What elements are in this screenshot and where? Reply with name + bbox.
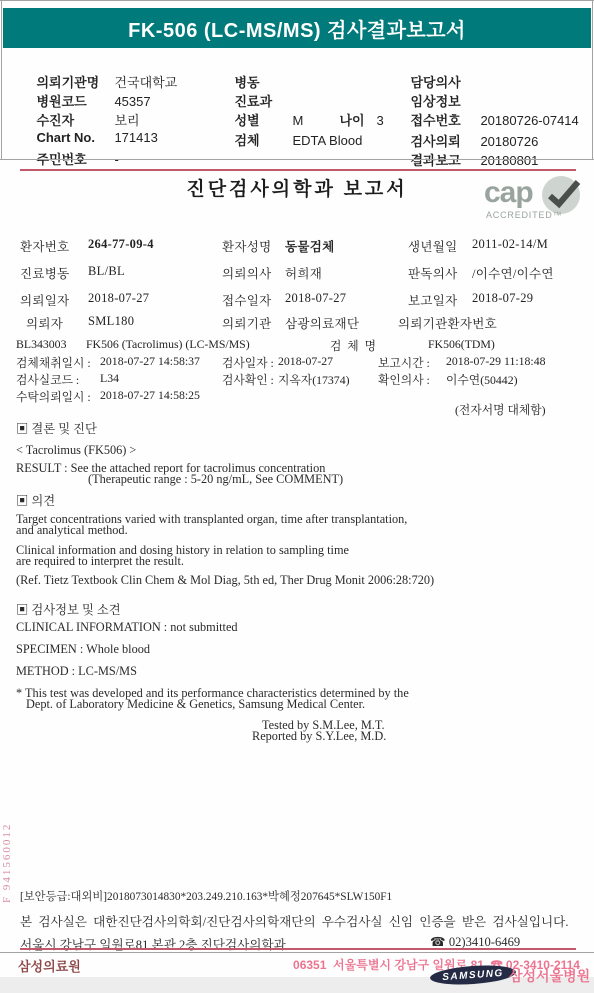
patient-field-label: 의뢰기관 <box>222 314 272 332</box>
reference-line: (Ref. Tietz Textbook Clin Chem & Mol Dia… <box>16 573 434 588</box>
disclaimer-text: Dept. of Laboratory Medicine & Genetics,… <box>26 697 365 712</box>
section-heading-test-info: ▣ 검사정보 및 소견 <box>16 600 121 618</box>
test-field-label: 검사실코드 : <box>16 371 79 388</box>
header-divider-line <box>0 159 594 160</box>
patient-field-label: 의뢰자 <box>26 314 63 332</box>
bottom-strip <box>0 977 594 993</box>
patient-field-label: 의뢰기관환자번호 <box>398 314 497 332</box>
patient-field-label: 보고일자 <box>408 291 458 309</box>
patient-row: 환자번호 264-77-09-4 환자성명 동물검체 생년월일 2011-02-… <box>0 237 594 257</box>
test-field-label: 확인의사 : <box>378 371 430 388</box>
patient-field-value: SML180 <box>88 314 134 329</box>
patient-field-value: 2018-07-29 <box>472 291 533 306</box>
field-value: 20180801 <box>480 153 538 168</box>
test-code: BL343003 <box>16 337 66 352</box>
margin-fax-code: F 941560012 <box>1 775 13 903</box>
patient-field-value: 허희재 <box>285 264 322 282</box>
test-field-value: 2018-07-27 14:58:37 <box>100 354 200 369</box>
test-detail-row: 검사실코드 : L34 검사확인 : 지옥자(17374) 확인의사 : 이수연… <box>0 371 594 388</box>
top-edge-line <box>0 0 594 1</box>
security-classification-line: [보안등급:대외비]2018073014830*203.249.210.163*… <box>20 888 392 904</box>
patient-field-value: 동물검체 <box>285 237 335 255</box>
cap-accredited-caption: ACCREDITED™ <box>486 210 562 220</box>
accreditation-statement: 본 검사실은 대한진단검사의학회/진단검사의학재단의 우수검사실 신임 인증을 … <box>20 911 568 930</box>
test-detail-row: 검체채취일시 : 2018-07-27 14:58:37 검사일자 : 2018… <box>0 354 594 371</box>
test-title-line: < Tacrolimus (FK506) > <box>16 443 136 458</box>
footer-divider-line <box>0 952 594 953</box>
specimen-name-value: FK506(TDM) <box>428 337 495 352</box>
test-field-label: 검체채취일시 : <box>16 354 91 371</box>
field-label: 검체 <box>234 130 292 149</box>
hospital-name: 삼성서울병원 <box>509 966 590 986</box>
field-specimen-type: 검체EDTA Blood <box>220 115 362 164</box>
patient-field-value: /이수연/이수연 <box>472 264 554 282</box>
test-field-label: 보고시간 : <box>378 354 430 371</box>
patient-field-value: BL/BL <box>88 264 125 279</box>
result-range-line: (Therapeutic range : 5-20 ng/mL, See COM… <box>88 472 343 487</box>
patient-field-label: 환자성명 <box>222 237 272 255</box>
test-field-value: 2018-07-27 <box>278 354 333 369</box>
patient-field-label: 접수일자 <box>222 291 272 309</box>
patient-field-value: 2018-07-27 <box>88 291 149 306</box>
reported-by-line: Reported by S.Y.Lee, M.D. <box>252 729 386 744</box>
test-field-value: L34 <box>100 371 119 386</box>
section-heading-conclusion: ▣ 결론 및 진단 <box>16 419 97 437</box>
left-edge-line <box>1 1 2 160</box>
field-value: 171413 <box>114 130 157 145</box>
title-rule-line <box>20 169 576 171</box>
test-field-label: 검사확인 : <box>222 371 274 388</box>
test-field-label: 수탁의뢰일시 : <box>16 388 91 405</box>
patient-field-label: 진료병동 <box>20 264 70 282</box>
test-field-value: 지옥자(17374) <box>278 371 350 388</box>
patient-field-label: 생년월일 <box>408 237 458 255</box>
method-line: METHOD : LC-MS/MS <box>16 664 137 679</box>
cap-logo-text: cap <box>484 178 533 208</box>
lab-report-page: FK-506 (LC-MS/MS) 검사결과보고서 의뢰기관명건국대학교 병원코… <box>0 0 594 993</box>
test-field-value: 2018-07-29 11:18:48 <box>446 354 546 369</box>
opinion-text: and analytical method. <box>16 523 128 538</box>
specimen-line: SPECIMEN : Whole blood <box>16 642 150 657</box>
section-heading-opinion: ▣ 의견 <box>16 491 55 509</box>
field-value: 3 <box>376 113 383 128</box>
patient-field-value: 2018-07-27 <box>285 291 346 306</box>
medical-center-name: 삼성의료원 <box>18 956 81 975</box>
patient-field-value: 2011-02-14/M <box>472 237 548 252</box>
specimen-name-label: 검 체 명 <box>330 337 376 354</box>
clinical-information-line: CLINICAL INFORMATION : not submitted <box>16 620 238 635</box>
field-value: EDTA Blood <box>292 133 362 148</box>
patient-row: 의뢰일자 2018-07-27 접수일자 2018-07-27 보고일자 201… <box>0 291 594 311</box>
right-edge-line <box>592 1 593 160</box>
opinion-text: are required to interpret the result. <box>16 554 184 569</box>
test-field-value: 2018-07-27 14:58:25 <box>100 388 200 403</box>
lab-address-line: 서울시 강남구 일원로81 본관 2층 진단검사의학과 <box>20 934 286 953</box>
cap-accredited-logo: cap ACCREDITED™ <box>484 180 588 232</box>
test-field-value: 이수연(50442) <box>446 371 518 388</box>
samsung-logo-text: SAMSUNG <box>442 967 504 982</box>
test-name: FK506 (Tacrolimus) (LC-MS/MS) <box>86 337 250 352</box>
patient-field-label: 의뢰의사 <box>222 264 272 282</box>
report-title: FK-506 (LC-MS/MS) 검사결과보고서 <box>128 14 466 43</box>
patient-row: 진료병동 BL/BL 의뢰의사 허희재 판독의사 /이수연/이수연 <box>0 264 594 284</box>
patient-field-label: 판독의사 <box>408 264 458 282</box>
test-field-label: 검사일자 : <box>222 354 274 371</box>
test-header-row: BL343003 FK506 (Tacrolimus) (LC-MS/MS) 검… <box>0 337 594 354</box>
footer-rule-line <box>20 948 576 950</box>
patient-field-value: 삼광의료재단 <box>285 314 359 332</box>
report-title-bar: FK-506 (LC-MS/MS) 검사결과보고서 <box>3 8 591 48</box>
patient-field-value: 264-77-09-4 <box>88 237 154 252</box>
signature-note: (전자서명 대체함) <box>455 401 546 418</box>
patient-field-label: 환자번호 <box>20 237 70 255</box>
patient-row: 의뢰자 SML180 의뢰기관 삼광의료재단 의뢰기관환자번호 <box>0 314 594 334</box>
patient-field-label: 의뢰일자 <box>20 291 70 309</box>
